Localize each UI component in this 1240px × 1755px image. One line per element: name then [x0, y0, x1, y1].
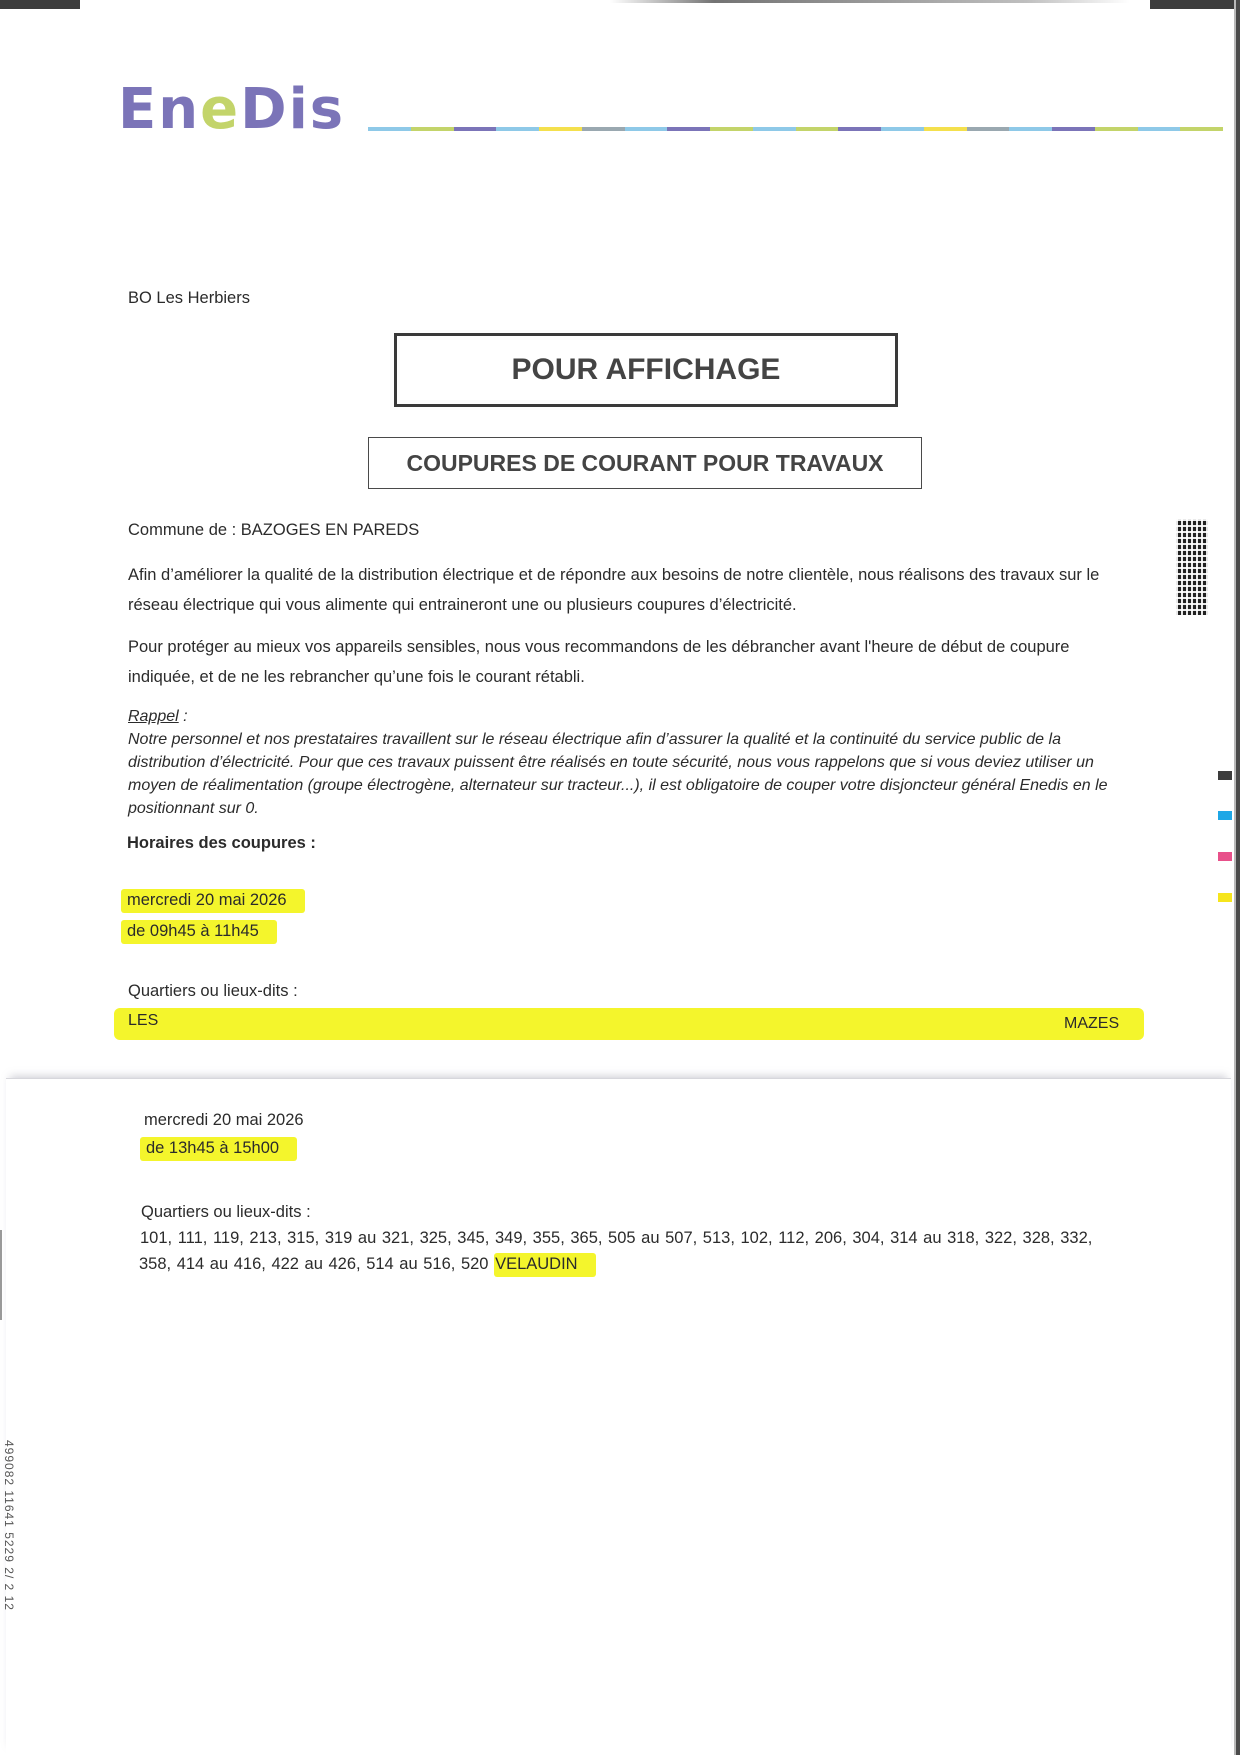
outage-1-place-left: LES — [128, 1012, 158, 1030]
header-line-segment — [1095, 127, 1138, 131]
page-subtitle: COUPURES DE COURANT POUR TRAVAUX — [368, 437, 922, 489]
outage-1-places-highlight — [114, 1008, 1144, 1040]
header-line-segment — [368, 127, 411, 131]
print-swatch-black — [1218, 771, 1232, 780]
header-line-segment — [924, 127, 967, 131]
scan-corner-mark-right — [1150, 0, 1235, 9]
print-swatch-magenta — [1218, 852, 1232, 861]
print-swatch-cyan — [1218, 811, 1232, 820]
page-edge — [1236, 0, 1240, 1755]
second-sheet: mercredi 20 mai 2026 de 13h45 à 15h00 Qu… — [6, 1078, 1231, 1755]
header-line-segment — [454, 127, 497, 131]
sender-office: BO Les Herbiers — [128, 289, 250, 308]
outage-2-place-highlight: VELAUDIN — [494, 1253, 596, 1277]
outage-2-places-line1: 101, 111, 119, 213, 315, 319 au 321, 325… — [140, 1229, 1092, 1248]
header-line-segment — [710, 127, 753, 131]
schedule-heading: Horaires des coupures : — [127, 834, 316, 853]
header-line-segment — [1180, 127, 1223, 131]
page-title: POUR AFFICHAGE — [394, 333, 898, 407]
header-line-segment — [967, 127, 1010, 131]
header-line-segment — [1009, 127, 1052, 131]
header-line-segment — [881, 127, 924, 131]
enedis-logo: EneDis — [118, 82, 345, 138]
outage-2-date: mercredi 20 mai 2026 — [144, 1111, 304, 1130]
outage-2-places-line2-text: 358, 414 au 416, 422 au 426, 514 au 516,… — [139, 1255, 494, 1273]
header-line-segment — [753, 127, 796, 131]
header-line-segment — [796, 127, 839, 131]
header-line-segment — [539, 127, 582, 131]
outage-1-date: mercredi 20 mai 2026 — [121, 891, 305, 910]
print-swatch-yellow — [1218, 893, 1232, 902]
outage-2-time-text: de 13h45 à 15h00 — [140, 1137, 297, 1161]
outage-2-places-label: Quartiers ou lieux-dits : — [141, 1203, 311, 1222]
commune-name: Commune de : BAZOGES EN PAREDS — [128, 521, 419, 540]
outage-1-date-text: mercredi 20 mai 2026 — [121, 889, 305, 913]
logo-text-end: Dis — [240, 77, 345, 142]
header-line-segment — [667, 127, 710, 131]
rappel-label-suffix: : — [179, 708, 188, 725]
datamatrix-code — [1176, 519, 1208, 615]
header-line-segment — [1052, 127, 1095, 131]
header-line-segment — [582, 127, 625, 131]
header-line-segment — [496, 127, 539, 131]
logo-accent: e — [200, 77, 240, 142]
header-line-segment — [1138, 127, 1181, 131]
rappel-section: Rappel : Notre personnel et nos prestata… — [128, 705, 1138, 820]
header-line-segment — [838, 127, 881, 131]
scan-left-tick — [0, 1230, 2, 1320]
rappel-label: Rappel — [128, 708, 179, 725]
outage-1-time-text: de 09h45 à 11h45 — [121, 920, 277, 944]
header-line-segment — [625, 127, 668, 131]
outage-1-time: de 09h45 à 11h45 — [121, 922, 277, 941]
scan-corner-mark-left — [0, 0, 80, 9]
rappel-text: Notre personnel et nos prestataires trav… — [128, 731, 1108, 817]
outage-1-place-right: MAZES — [1064, 1015, 1119, 1033]
header-line-segment — [411, 127, 454, 131]
outage-2-time: de 13h45 à 15h00 — [140, 1139, 297, 1158]
scan-top-shadow — [610, 0, 1130, 3]
intro-paragraph: Afin d’améliorer la qualité de la distri… — [128, 560, 1138, 620]
advice-paragraph: Pour protéger au mieux vos appareils sen… — [128, 632, 1138, 692]
outage-2-places-line2: 358, 414 au 416, 422 au 426, 514 au 516,… — [139, 1255, 596, 1274]
side-reference-code: 499082 11641 5229 2/ 2 12 — [2, 1440, 16, 1611]
header-divider-line — [368, 127, 1223, 131]
outage-1-places-label: Quartiers ou lieux-dits : — [128, 982, 298, 1001]
logo-text: En — [118, 77, 200, 142]
